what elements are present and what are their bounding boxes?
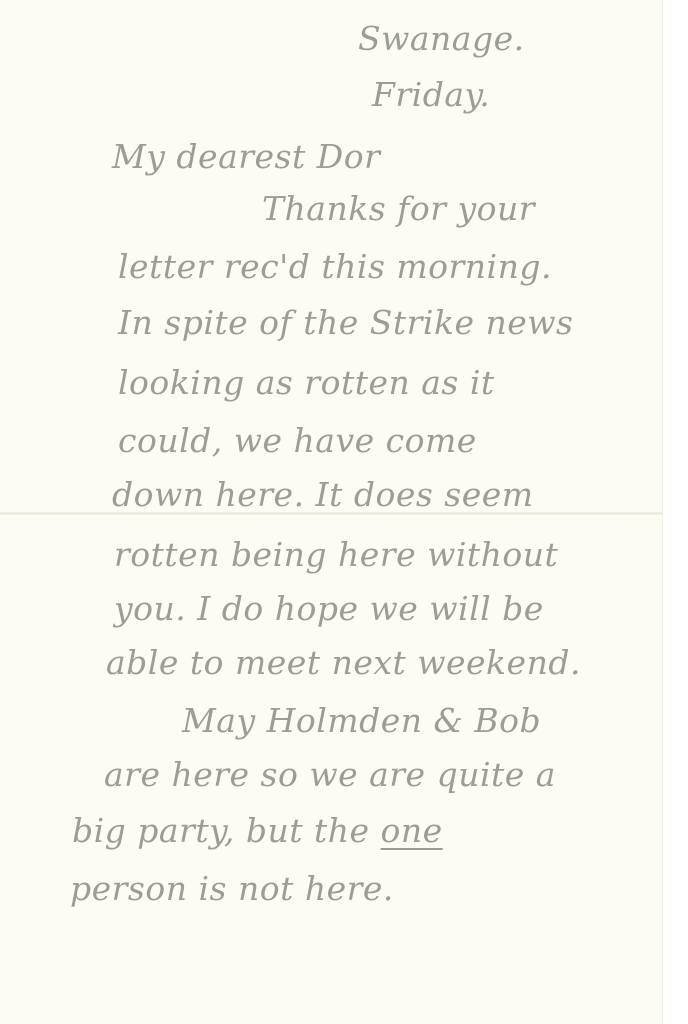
letter-line: could, we have come <box>118 424 477 457</box>
letter-line: rotten being here without <box>114 538 558 571</box>
letter-line: down here. It does seem <box>112 478 534 511</box>
letter-salutation: My dearest Dor <box>112 140 380 173</box>
letter-line-text: big party, but the <box>72 811 370 850</box>
letter-line: Thanks for your <box>262 192 535 225</box>
letter-day: Friday. <box>372 78 490 111</box>
letter-line: May Holmden & Bob <box>182 704 541 737</box>
letter-place: Swanage. <box>358 22 525 55</box>
underlined-word: one <box>381 811 443 850</box>
letter-line: able to meet next weekend. <box>106 646 581 679</box>
letter-line: letter rec'd this morning. <box>118 250 552 283</box>
letter-line: are here so we are quite a <box>104 758 556 791</box>
letter-line: looking as rotten as it <box>118 366 495 399</box>
letter-line: person is not here. <box>70 872 394 905</box>
letter-line: big party, but the one <box>72 814 443 847</box>
letter-page: Swanage. Friday. My dearest Dor Thanks f… <box>0 0 662 1024</box>
letter-line: In spite of the Strike news <box>118 306 573 339</box>
letter-line: you. I do hope we will be <box>114 592 544 625</box>
